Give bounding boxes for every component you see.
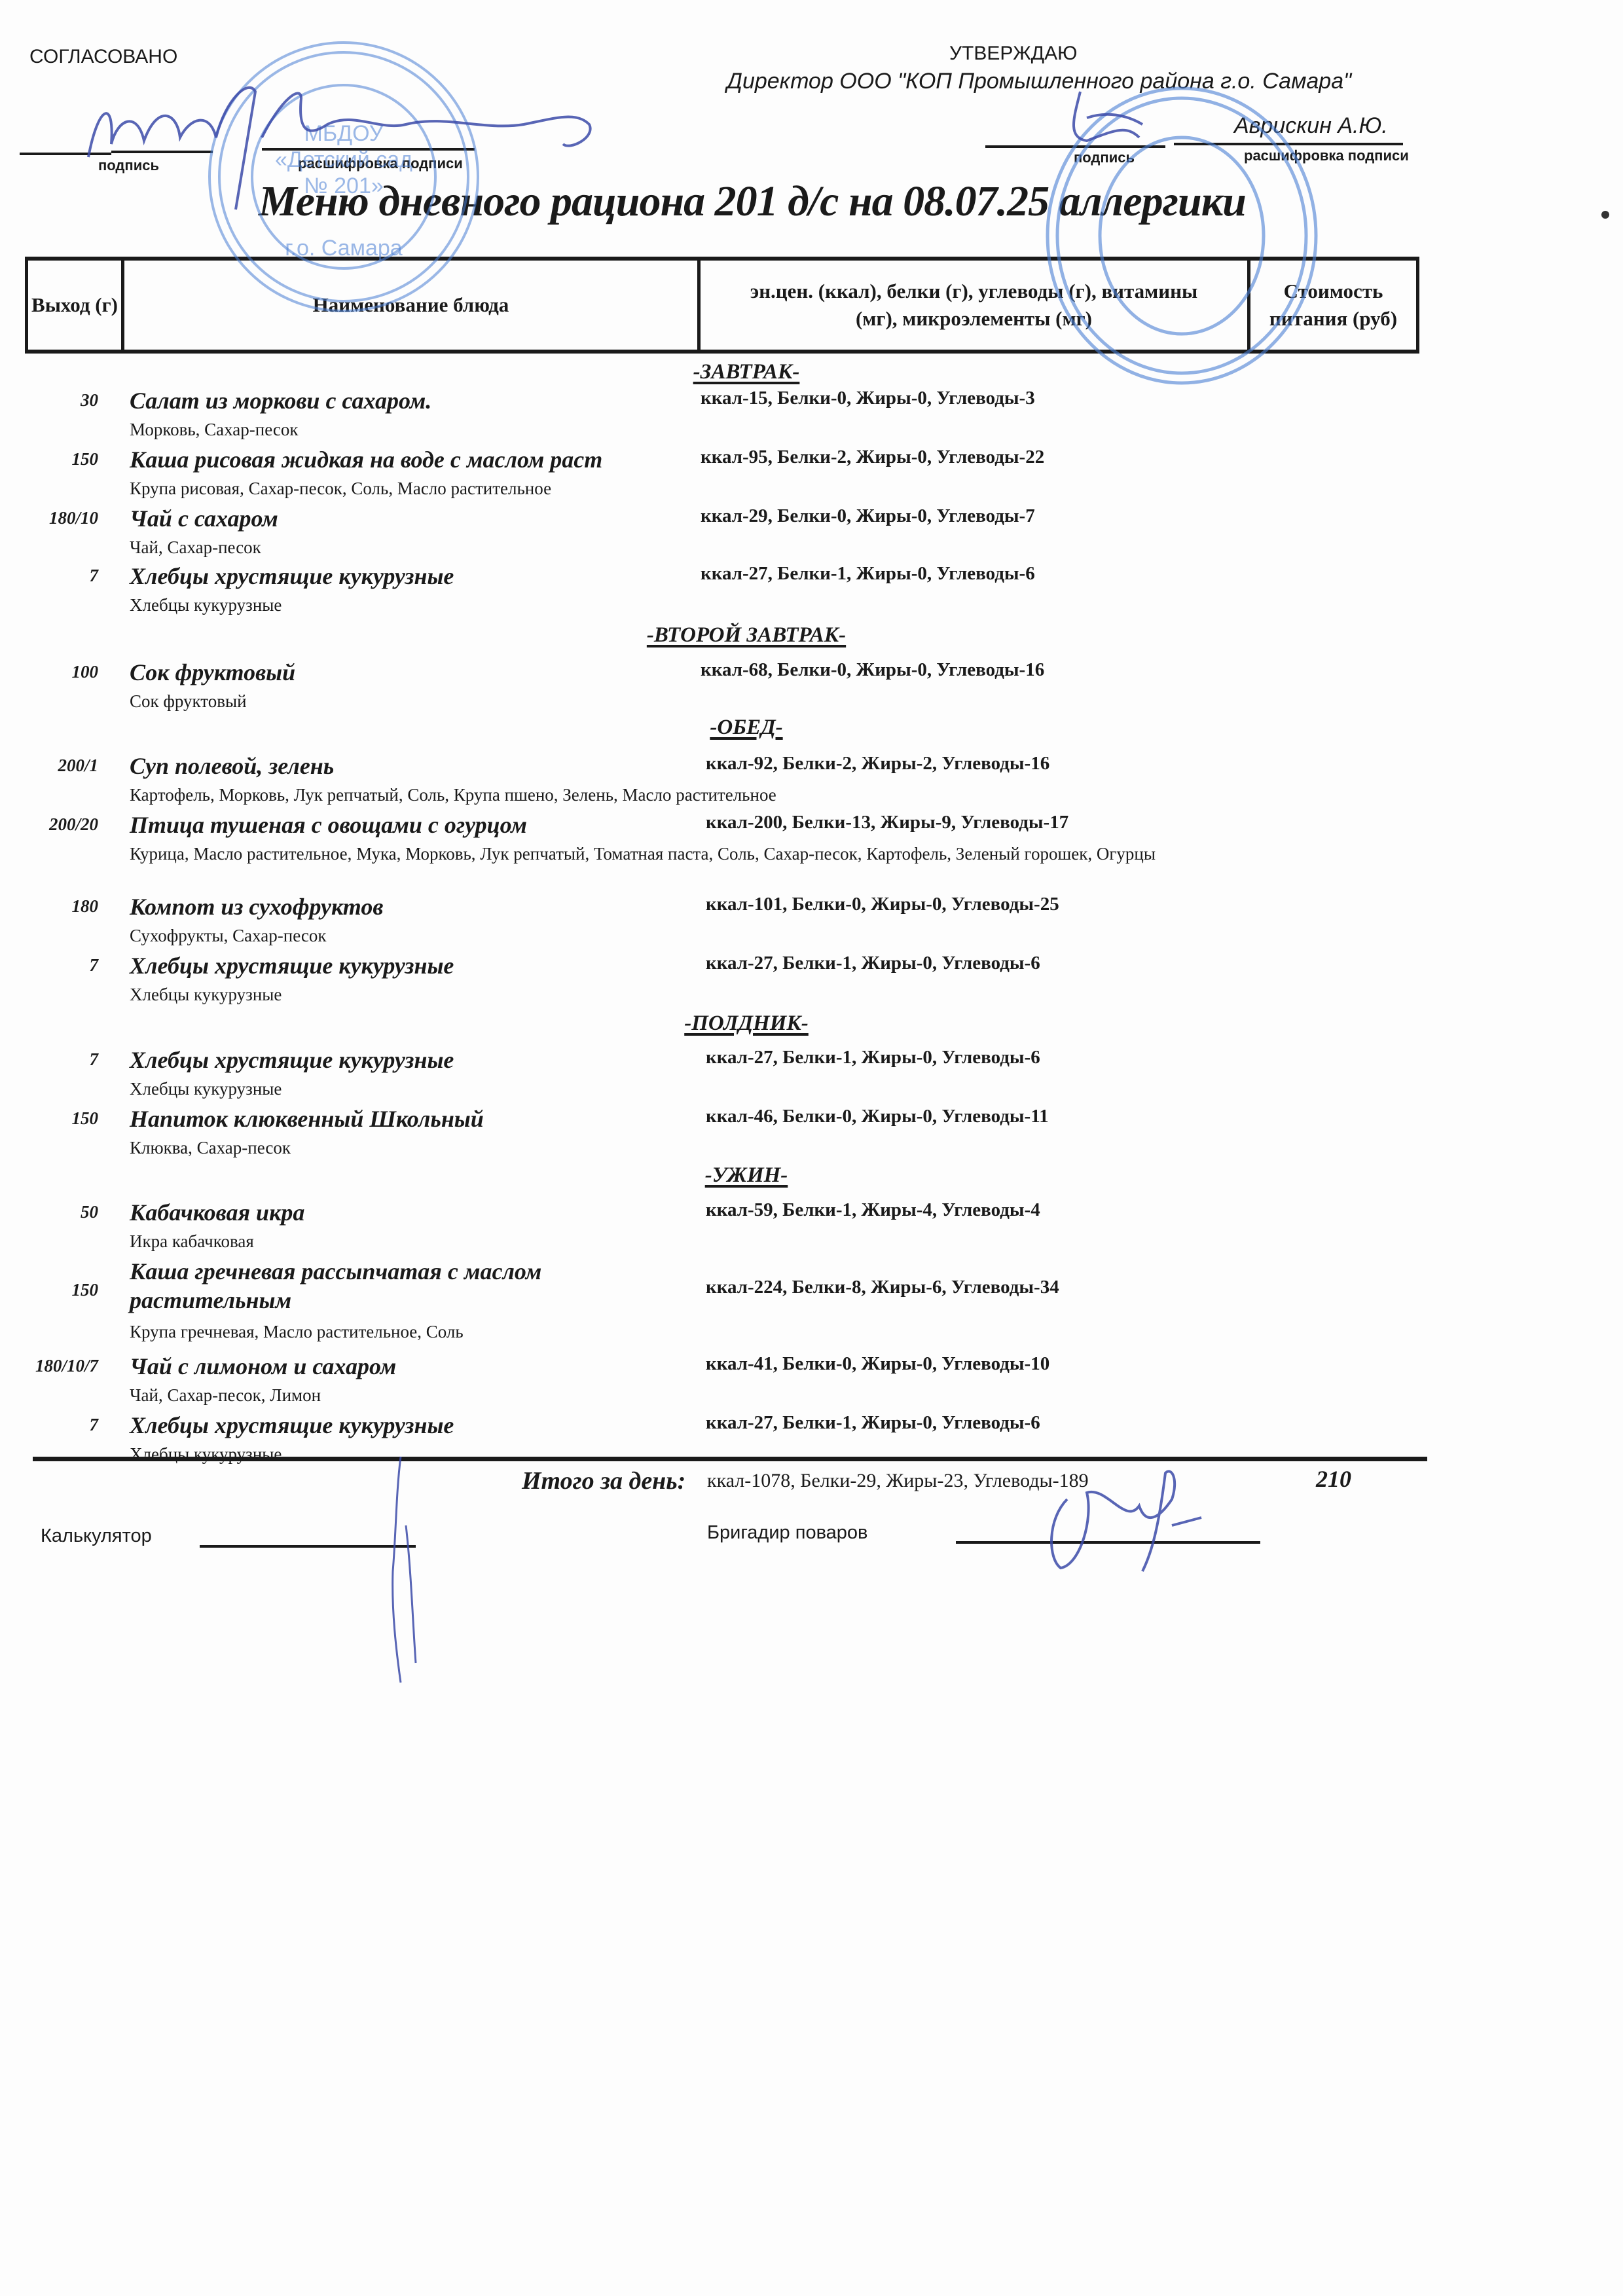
dish-name: Хлебцы хрустящие кукурузные <box>130 1411 454 1440</box>
dish-ingredients: Чай, Сахар-песок, Лимон <box>130 1381 1210 1410</box>
dish-name: Кабачковая икра <box>130 1198 304 1227</box>
director-decoding-line <box>1174 143 1403 145</box>
dish-name: Сок фруктовый <box>130 658 295 687</box>
agreed-signature-line-2 <box>111 151 213 153</box>
dish-nutrition: ккал-27, Белки-1, Жиры-0, Углеводы-6 <box>706 1412 1040 1434</box>
dish-name: Суп полевой, зелень <box>130 752 334 780</box>
dish-nutrition: ккал-41, Белки-0, Жиры-0, Углеводы-10 <box>706 1353 1049 1375</box>
section-title: -ВТОРОЙ ЗАВТРАК- <box>647 623 846 647</box>
totals-values: ккал-1078, Белки-29, Жиры-23, Углеводы-1… <box>707 1470 1089 1492</box>
dish-yield: 180 <box>72 896 99 917</box>
dish-ingredients: Хлебцы кукурузные <box>130 1440 1210 1468</box>
dish-nutrition: ккал-68, Белки-0, Жиры-0, Углеводы-16 <box>701 659 1044 681</box>
dish-nutrition: ккал-46, Белки-0, Жиры-0, Углеводы-11 <box>706 1106 1049 1127</box>
dish-name: Напиток клюквенный Школьный <box>130 1104 484 1133</box>
director-signature-line <box>985 145 1165 148</box>
dish-nutrition: ккал-224, Белки-8, Жиры-6, Углеводы-34 <box>706 1277 1059 1298</box>
dish-yield: 7 <box>90 566 99 586</box>
dish-yield: 100 <box>72 662 99 682</box>
agreed-signature-line <box>20 153 111 155</box>
calculator-signature-icon <box>393 1457 416 1683</box>
column-header-dish: Наименование блюда <box>124 261 701 350</box>
dish-ingredients: Картофель, Морковь, Лук репчатый, Соль, … <box>130 780 1210 809</box>
dish-name: Хлебцы хрустящие кукурузные <box>130 951 454 980</box>
dish-ingredients: Крупа гречневая, Масло растительное, Сол… <box>130 1317 1210 1346</box>
dish-name: Хлебцы хрустящие кукурузные <box>130 562 454 591</box>
dish-nutrition: ккал-101, Белки-0, Жиры-0, Углеводы-25 <box>706 894 1059 915</box>
dish-nutrition: ккал-92, Белки-2, Жиры-2, Углеводы-16 <box>706 753 1049 774</box>
column-header-cost: Стоимость питания (руб) <box>1250 261 1416 350</box>
table-header: Выход (г) Наименование блюда эн.цен. (кк… <box>25 257 1419 354</box>
dish-name: Хлебцы хрустящие кукурузные <box>130 1046 454 1074</box>
dish-nutrition: ккал-29, Белки-0, Жиры-0, Углеводы-7 <box>701 505 1035 527</box>
dish-ingredients: Морковь, Сахар-песок <box>130 415 1210 444</box>
page-title: Меню дневного рациона 201 д/с на 08.07.2… <box>259 177 1246 227</box>
dish-nutrition: ккал-15, Белки-0, Жиры-0, Углеводы-3 <box>701 388 1035 409</box>
dish-nutrition: ккал-27, Белки-1, Жиры-0, Углеводы-6 <box>706 953 1040 974</box>
dish-nutrition: ккал-27, Белки-1, Жиры-0, Углеводы-6 <box>701 563 1035 585</box>
svg-text:МБДОУ: МБДОУ <box>304 121 384 146</box>
dish-yield: 200/1 <box>58 756 98 776</box>
dish-name: Каша гречневая рассыпчатая с маслом раст… <box>130 1257 627 1315</box>
approve-label: УТВЕРЖДАЮ <box>949 43 1077 65</box>
totals-cost: 210 <box>1316 1465 1351 1493</box>
column-header-yield: Выход (г) <box>28 261 124 350</box>
dish-yield: 50 <box>81 1202 98 1222</box>
dish-name: Компот из сухофруктов <box>130 892 383 921</box>
dish-yield: 180/10 <box>49 508 98 528</box>
agreed-signature-caption: подпись <box>98 157 159 174</box>
bottom-rule <box>33 1457 1427 1461</box>
dish-yield: 150 <box>72 1108 99 1129</box>
section-title: -ПОЛДНИК- <box>684 1011 809 1036</box>
director-signature-icon <box>1074 92 1142 141</box>
section-title: -УЖИН- <box>705 1163 788 1188</box>
dish-yield: 30 <box>81 390 98 410</box>
section-title: -ЗАВТРАК- <box>693 360 800 384</box>
dish-name: Чай с лимоном и сахаром <box>130 1352 396 1381</box>
dish-yield: 200/20 <box>49 814 98 835</box>
agreed-decoding-caption: расшифровка подписи <box>298 155 463 172</box>
dish-ingredients: Чай, Сахар-песок <box>130 533 1210 562</box>
dish-ingredients: Хлебцы кукурузные <box>130 591 1210 619</box>
dish-yield: 7 <box>90 1415 99 1435</box>
dish-ingredients: Крупа рисовая, Сахар-песок, Соль, Масло … <box>130 474 1210 503</box>
dish-yield: 7 <box>90 1049 99 1070</box>
brigadier-signature-line <box>956 1541 1260 1544</box>
dish-name: Каша рисовая жидкая на воде с маслом рас… <box>130 445 602 474</box>
dish-ingredients: Курица, Масло растительное, Мука, Морков… <box>130 839 1210 868</box>
scan-speck-icon <box>1601 211 1609 219</box>
dish-ingredients: Сок фруктовый <box>130 687 1210 716</box>
director-name: Аврискин А.Ю. <box>1234 113 1388 139</box>
agreed-decoding-line <box>262 148 475 151</box>
column-header-nutrition: эн.цен. (ккал), белки (г), углеводы (г),… <box>701 261 1250 350</box>
totals-label: Итого за день: <box>522 1467 685 1495</box>
dish-name: Птица тушеная с овощами с огурцом <box>130 811 527 839</box>
dish-ingredients: Хлебцы кукурузные <box>130 980 1210 1009</box>
agreed-label: СОГЛАСОВАНО <box>29 46 177 68</box>
director-title: Директор ООО "КОП Промышленного района г… <box>727 69 1351 94</box>
dish-nutrition: ккал-59, Белки-1, Жиры-4, Углеводы-4 <box>706 1199 1040 1221</box>
dish-yield: 7 <box>90 955 99 975</box>
dish-name: Салат из моркови с сахаром. <box>130 386 431 415</box>
dish-yield: 180/10/7 <box>35 1356 98 1376</box>
section-title: -ОБЕД- <box>710 716 782 740</box>
director-signature-caption: подпись <box>1074 149 1135 166</box>
director-decoding-caption: расшифровка подписи <box>1244 147 1409 164</box>
dish-yield: 150 <box>72 449 99 469</box>
dish-ingredients: Икра кабачковая <box>130 1227 1210 1256</box>
brigadier-label: Бригадир поваров <box>707 1522 867 1544</box>
dish-nutrition: ккал-200, Белки-13, Жиры-9, Углеводы-17 <box>706 812 1068 833</box>
dish-yield: 150 <box>72 1280 99 1300</box>
calculator-signature-line <box>200 1545 416 1548</box>
dish-nutrition: ккал-27, Белки-1, Жиры-0, Углеводы-6 <box>706 1047 1040 1068</box>
dish-name: Чай с сахаром <box>130 504 278 533</box>
dish-ingredients: Клюква, Сахар-песок <box>130 1133 1210 1162</box>
dish-ingredients: Сухофрукты, Сахар-песок <box>130 921 1210 950</box>
dish-ingredients: Хлебцы кукурузные <box>130 1074 1210 1103</box>
dish-nutrition: ккал-95, Белки-2, Жиры-0, Углеводы-22 <box>701 446 1044 468</box>
calculator-label: Калькулятор <box>41 1525 152 1547</box>
